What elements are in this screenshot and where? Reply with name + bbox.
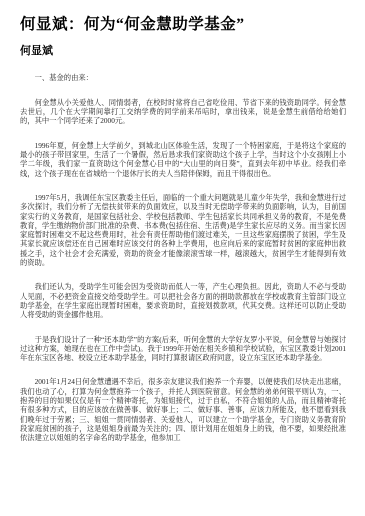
paragraph-fund-origin-classmates: 何金慧从小关爱他人、同情弱者，在校时时常将自己省吃俭用、节省下来的钱资助同学。何… [20, 98, 346, 126]
document-page: 何显斌：何为“何金慧助学基金” 何显斌 一、基金的由来： 何金慧从小关爱他人、同… [0, 0, 365, 516]
author-name: 何显斌 [20, 45, 346, 58]
paragraph-aid-psychology: 我们还认为，受助学生可能会因为受资助而低人一等，产生心理负担。因此，资助人不必与… [20, 282, 346, 319]
paragraph-1997-education-committee: 1997年5月，我调任东宝区教委主任后，面临的一个重大问题就是儿童少年失学，我和… [20, 193, 346, 267]
paragraph-repayable-aid-plan: 于是我们设计了一种“还本助学”的方案(后来，听何金慧的大学好友罗小平说，何金慧曾… [20, 335, 346, 363]
section-heading: 一、基金的由来： [20, 73, 346, 82]
paragraph-2001-after-misfortune: 2001年1月24日何金慧遭遇不幸后，很多亲友建议我们抱养一个弃婴，以便使我们尽… [20, 377, 346, 442]
paragraph-1996-summer: 1996年夏，何金慧上大学前夕，到城北山区体验生活，发现了一个特困家庭，于是将这… [20, 141, 346, 178]
document-body: 何金慧从小关爱他人、同情弱者，在校时时常将自己省吃俭用、节省下来的钱资助同学。何… [20, 98, 346, 443]
document-title: 何显斌：何为“何金慧助学基金” [20, 15, 346, 34]
